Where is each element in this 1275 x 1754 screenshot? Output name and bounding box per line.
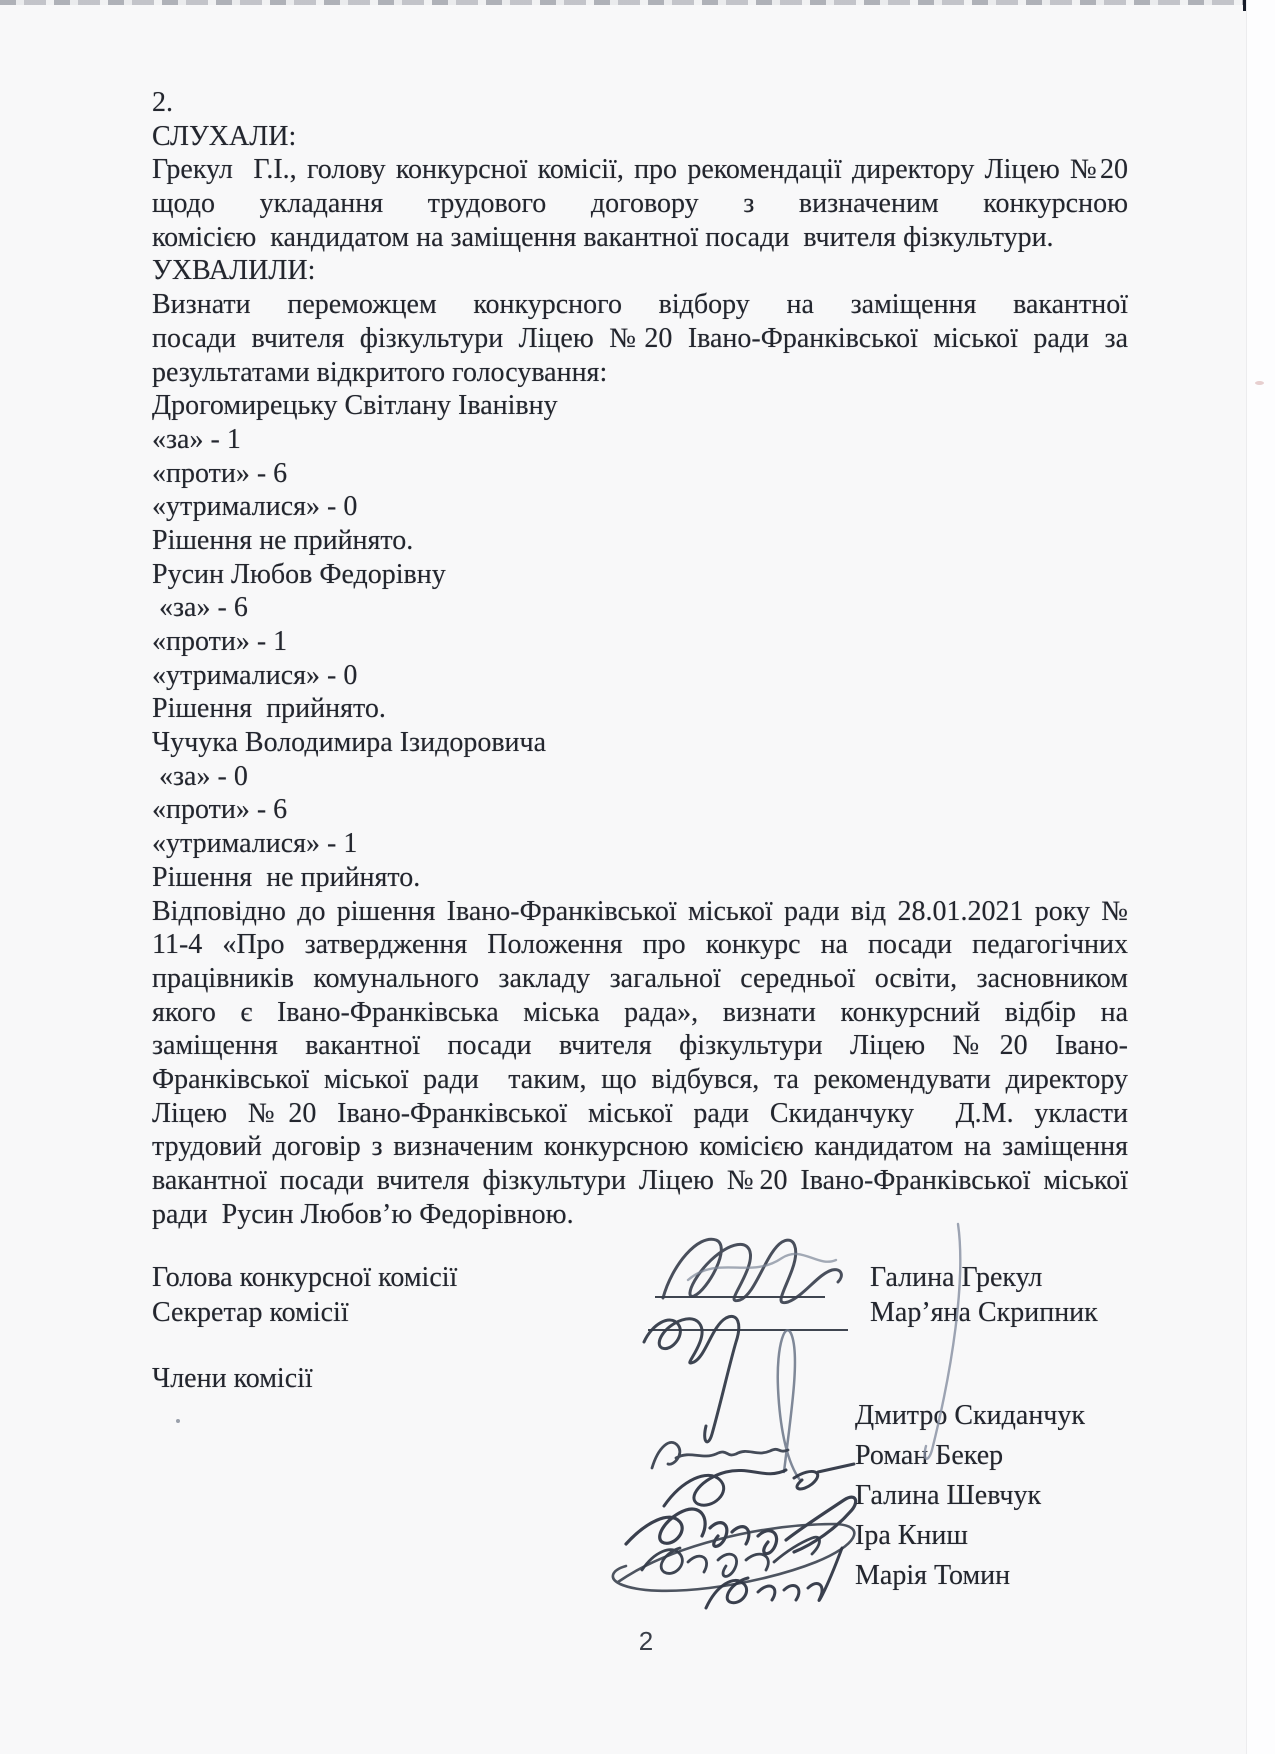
document-body: 2. СЛУХАЛИ: Грекул Г.І., голову конкурсн… xyxy=(152,86,1128,1231)
signature-stroke-member-1 xyxy=(652,1442,788,1468)
document-line: Франківської міської ради таким, що відб… xyxy=(152,1063,1128,1097)
document-line: Рішення не прийнято. xyxy=(152,524,1128,558)
handwritten-signatures-ink xyxy=(560,1210,980,1630)
signature-stroke-secretary xyxy=(644,1316,739,1441)
document-line: «за» - 6 xyxy=(152,591,1128,625)
scan-artifact-top-dashes xyxy=(0,0,1250,5)
page-number: 2 xyxy=(576,1626,716,1657)
scan-dot-speck xyxy=(176,1419,180,1423)
members-role-label: Члени комісії xyxy=(152,1363,313,1395)
document-line: Чучука Володимира Ізидоровича xyxy=(152,726,1128,760)
document-line: Ліцею №20 Івано-Франківської міської рад… xyxy=(152,1097,1128,1131)
document-line: Визнати переможцем конкурсного відбору н… xyxy=(152,288,1128,322)
document-line: працівників комунального закладу загальн… xyxy=(152,962,1128,996)
document-line: 11-4 «Про затвердження Положення про кон… xyxy=(152,928,1128,962)
chair-role-label: Голова конкурсної комісії xyxy=(152,1262,457,1294)
document-line: «утрималися» - 0 xyxy=(152,659,1128,693)
document-line: СЛУХАЛИ: xyxy=(152,120,1128,154)
document-line: трудовий договір з визначеним конкурсною… xyxy=(152,1130,1128,1164)
document-line: вакантної посади вчителя фізкультури Ліц… xyxy=(152,1164,1128,1198)
document-line: Рішення прийнято. xyxy=(152,692,1128,726)
signature-stroke-member-5 xyxy=(706,1548,842,1608)
signature-stroke-member-2 xyxy=(664,1464,854,1506)
document-line: «проти» - 6 xyxy=(152,457,1128,491)
document-line: «за» - 0 xyxy=(152,760,1128,794)
document-line: Русин Любов Федорівну xyxy=(152,558,1128,592)
document-line: посади вчителя фізкультури Ліцею №20 Іва… xyxy=(152,322,1128,356)
document-line: заміщення вакантної посади вчителя фізку… xyxy=(152,1029,1128,1063)
document-line: «утрималися» - 0 xyxy=(152,490,1128,524)
document-line: якого є Івано-Франківська міська рада», … xyxy=(152,996,1128,1030)
document-line: Рішення не прийнято. xyxy=(152,861,1128,895)
signature-stroke-descender xyxy=(925,1224,961,1459)
scan-page-edge xyxy=(1246,0,1275,1754)
signature-stroke-member-ascender xyxy=(778,1330,800,1480)
signature-stroke-chair-light xyxy=(688,1254,836,1280)
document-line: Відповідно до рішення Івано-Франківської… xyxy=(152,895,1128,929)
document-line: комісією кандидатом на заміщення вакантн… xyxy=(152,221,1128,255)
scanned-document-page: 2. СЛУХАЛИ: Грекул Г.І., голову конкурсн… xyxy=(0,0,1275,1754)
document-line: результатами відкритого голосування: xyxy=(152,356,1128,390)
secretary-role-label: Секретар комісії xyxy=(152,1297,349,1329)
signature-stroke-chair xyxy=(663,1239,841,1302)
document-line: «за» - 1 xyxy=(152,423,1128,457)
document-line: «утрималися» - 1 xyxy=(152,827,1128,861)
document-line: «проти» - 1 xyxy=(152,625,1128,659)
document-line: Дрогомирецьку Світлану Іванівну xyxy=(152,389,1128,423)
document-line: щодо укладання трудового договору з визн… xyxy=(152,187,1128,221)
document-line: «проти» - 6 xyxy=(152,793,1128,827)
document-line: УХВАЛИЛИ: xyxy=(152,254,1128,288)
document-line: 2. xyxy=(152,86,1128,120)
scan-speck xyxy=(1255,381,1264,385)
document-line: Грекул Г.І., голову конкурсної комісії, … xyxy=(152,153,1128,187)
